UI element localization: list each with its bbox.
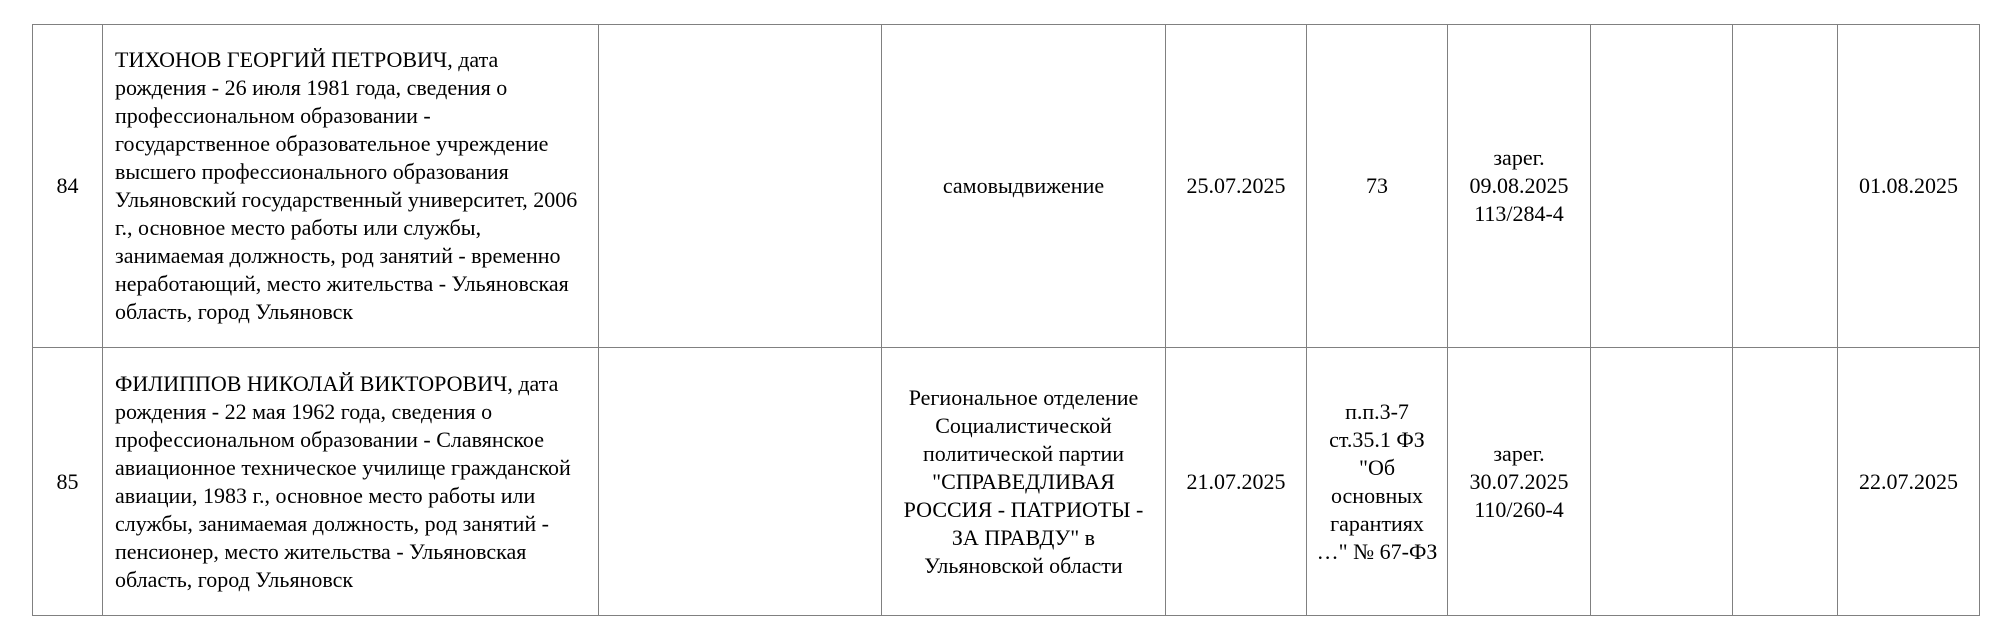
registration-cell: зарег. 30.07.2025 110/260-4: [1448, 348, 1591, 616]
nomination-date-cell: 25.07.2025: [1166, 25, 1307, 348]
registration-cell: зарег. 09.08.2025 113/284-4: [1448, 25, 1591, 348]
candidates-table: 84 ТИХОНОВ ГЕОРГИЙ ПЕТРОВИЧ, дата рожден…: [32, 24, 1980, 616]
refusal-basis-cell: п.п.3-7 ст.35.1 ФЗ "Об основных гарантия…: [1307, 348, 1448, 616]
table-row: 85 ФИЛИППОВ НИКОЛАЙ ВИКТОРОВИЧ, дата рож…: [33, 348, 1980, 616]
date-cell: 01.08.2025: [1838, 25, 1980, 348]
refusal-basis-cell: 73: [1307, 25, 1448, 348]
empty-cell: [599, 25, 882, 348]
date-cell: 22.07.2025: [1838, 348, 1980, 616]
nomination-cell: самовыдвижение: [882, 25, 1166, 348]
empty-cell: [1733, 348, 1838, 616]
candidate-info-cell: ТИХОНОВ ГЕОРГИЙ ПЕТРОВИЧ, дата рождения …: [103, 25, 599, 348]
nomination-cell: Региональное отделение Социалистической …: [882, 348, 1166, 616]
row-number-cell: 85: [33, 348, 103, 616]
empty-cell: [1733, 25, 1838, 348]
empty-cell: [599, 348, 882, 616]
candidate-info-cell: ФИЛИППОВ НИКОЛАЙ ВИКТОРОВИЧ, дата рожден…: [103, 348, 599, 616]
table-row: 84 ТИХОНОВ ГЕОРГИЙ ПЕТРОВИЧ, дата рожден…: [33, 25, 1980, 348]
row-number-cell: 84: [33, 25, 103, 348]
empty-cell: [1591, 25, 1733, 348]
empty-cell: [1591, 348, 1733, 616]
nomination-date-cell: 21.07.2025: [1166, 348, 1307, 616]
